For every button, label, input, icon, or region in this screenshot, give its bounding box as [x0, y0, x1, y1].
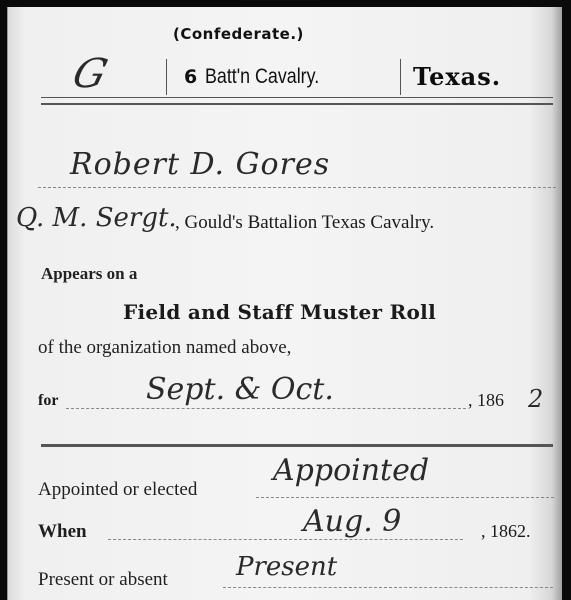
of-organization-text: of the organization named above, [38, 337, 291, 359]
appointed-label: Appointed or elected [38, 479, 197, 501]
unit-number: 6 [184, 66, 197, 88]
when-label: When [38, 521, 87, 543]
when-line [108, 539, 463, 540]
section-rule [41, 444, 553, 447]
appointed-line [256, 497, 554, 498]
present-label: Present or absent [38, 569, 168, 591]
regiment-name: , Gould's Battalion Texas Cavalry. [175, 212, 434, 234]
side-label: (Confederate.) [173, 25, 304, 43]
present-line [223, 587, 553, 588]
when-value: Aug. 9 [303, 504, 401, 539]
muster-roll-card: (Confederate.) G 6Batt'n Cavalry. Texas.… [7, 7, 562, 600]
appointed-value: Appointed [273, 453, 429, 488]
company-letter: G [68, 51, 112, 97]
header-rule-bottom [41, 103, 553, 105]
roll-period: Sept. & Oct. [146, 372, 334, 407]
unit-designation: 6Batt'n Cavalry. [184, 64, 340, 89]
roll-year-prefix: , 186 [468, 390, 504, 411]
header-divider [166, 59, 167, 95]
for-label: for [38, 392, 58, 410]
state-label: Texas. [413, 62, 501, 91]
header-divider [400, 59, 401, 95]
name-line [38, 187, 556, 188]
present-value: Present [236, 552, 337, 582]
soldier-name: Robert D. Gores [70, 147, 330, 182]
roll-title: Field and Staff Muster Roll [123, 300, 436, 324]
soldier-rank: Q. M. Sergt. [16, 203, 177, 233]
unit-type: Batt'n Cavalry. [205, 65, 319, 89]
roll-year-digit: 2 [528, 385, 543, 413]
for-line [66, 408, 466, 409]
card-edge-shadow [552, 7, 562, 600]
when-year: , 1862. [481, 521, 531, 542]
header-rule-top [41, 97, 553, 98]
appears-on-text: Appears on a [41, 264, 137, 284]
